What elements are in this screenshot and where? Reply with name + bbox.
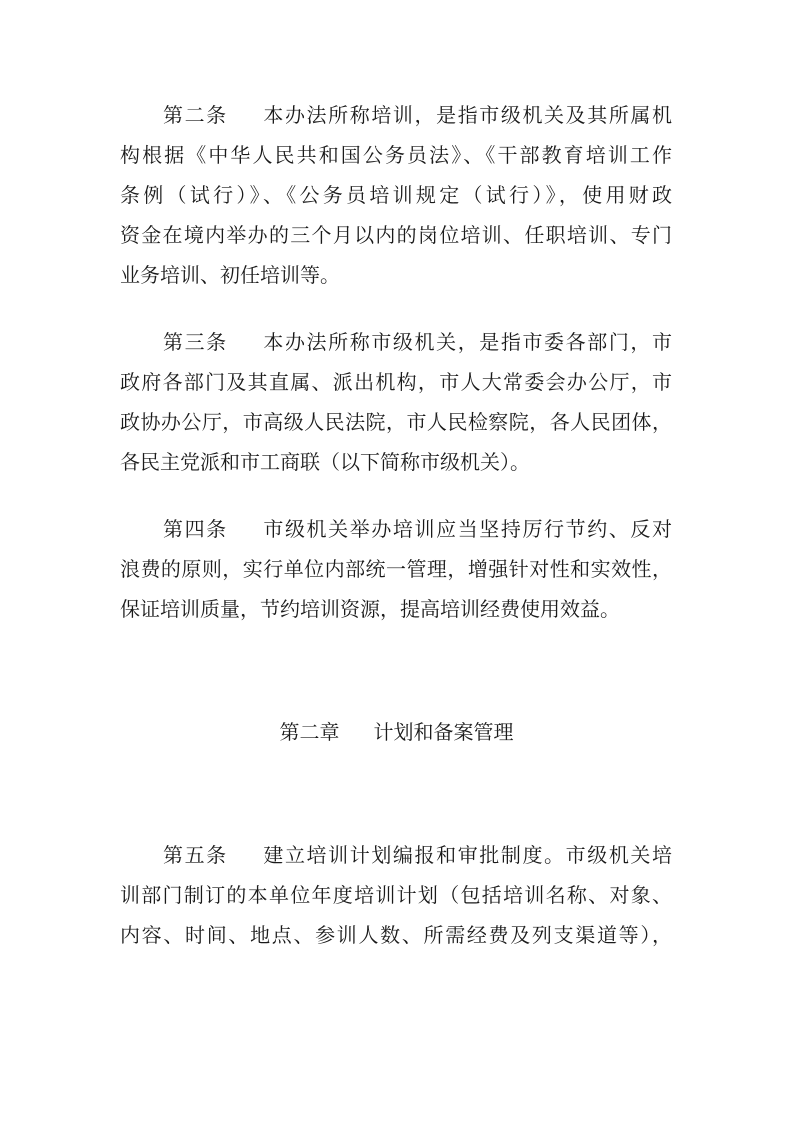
article-label: 第五条 — [163, 843, 228, 867]
article-4-line-1: 第四条市级机关举办培训应当坚持厉行节约、反对 — [163, 517, 672, 541]
article-3-line-4: 各民主党派和市工商联（以下简称市级机关）。 — [120, 450, 672, 474]
article-label: 第二条 — [163, 103, 228, 127]
article-label: 第四条 — [163, 517, 228, 541]
chapter-title: 计划和备案管理 — [374, 720, 514, 744]
article-2-line-5: 业务培训、初任培训等。 — [120, 263, 672, 287]
article-2-line-3: 条例（试行）》、《公务员培训规定（试行）》，使用财政 — [120, 183, 672, 207]
article-3-line-2: 政府各部门及其直属、派出机构，市人大常委会办公厅，市 — [120, 370, 672, 394]
chapter-heading: 第二章计划和备案管理 — [0, 720, 793, 744]
article-2-line-4: 资金在境内举办的三个月以内的岗位培训、任职培训、专门 — [120, 223, 672, 247]
document-page: 第二条本办法所称培训，是指市级机关及其所属机 构根据《中华人民共和国公务员法》、… — [0, 0, 793, 1123]
article-3-line-3: 政协办公厅，市高级人民法院，市人民检察院，各人民团体， — [120, 410, 672, 434]
article-2-line-1: 第二条本办法所称培训，是指市级机关及其所属机 — [163, 103, 672, 127]
article-5-line-1: 第五条建立培训计划编报和审批制度。市级机关培 — [163, 843, 672, 867]
article-5-line-3: 内容、时间、地点、参训人数、所需经费及列支渠道等）， — [120, 923, 672, 947]
article-label: 第三条 — [163, 330, 228, 354]
article-4-line-3: 保证培训质量，节约培训资源，提高培训经费使用效益。 — [120, 597, 672, 621]
article-2-line-2: 构根据《中华人民共和国公务员法》、《干部教育培训工作 — [120, 143, 672, 167]
article-4-line-2: 浪费的原则，实行单位内部统一管理，增强针对性和实效性， — [120, 557, 672, 581]
article-5-line-2: 训部门制订的本单位年度培训计划（包括培训名称、对象、 — [120, 883, 672, 907]
article-3-line-1: 第三条本办法所称市级机关，是指市委各部门，市 — [163, 330, 672, 354]
chapter-label: 第二章 — [280, 720, 340, 744]
